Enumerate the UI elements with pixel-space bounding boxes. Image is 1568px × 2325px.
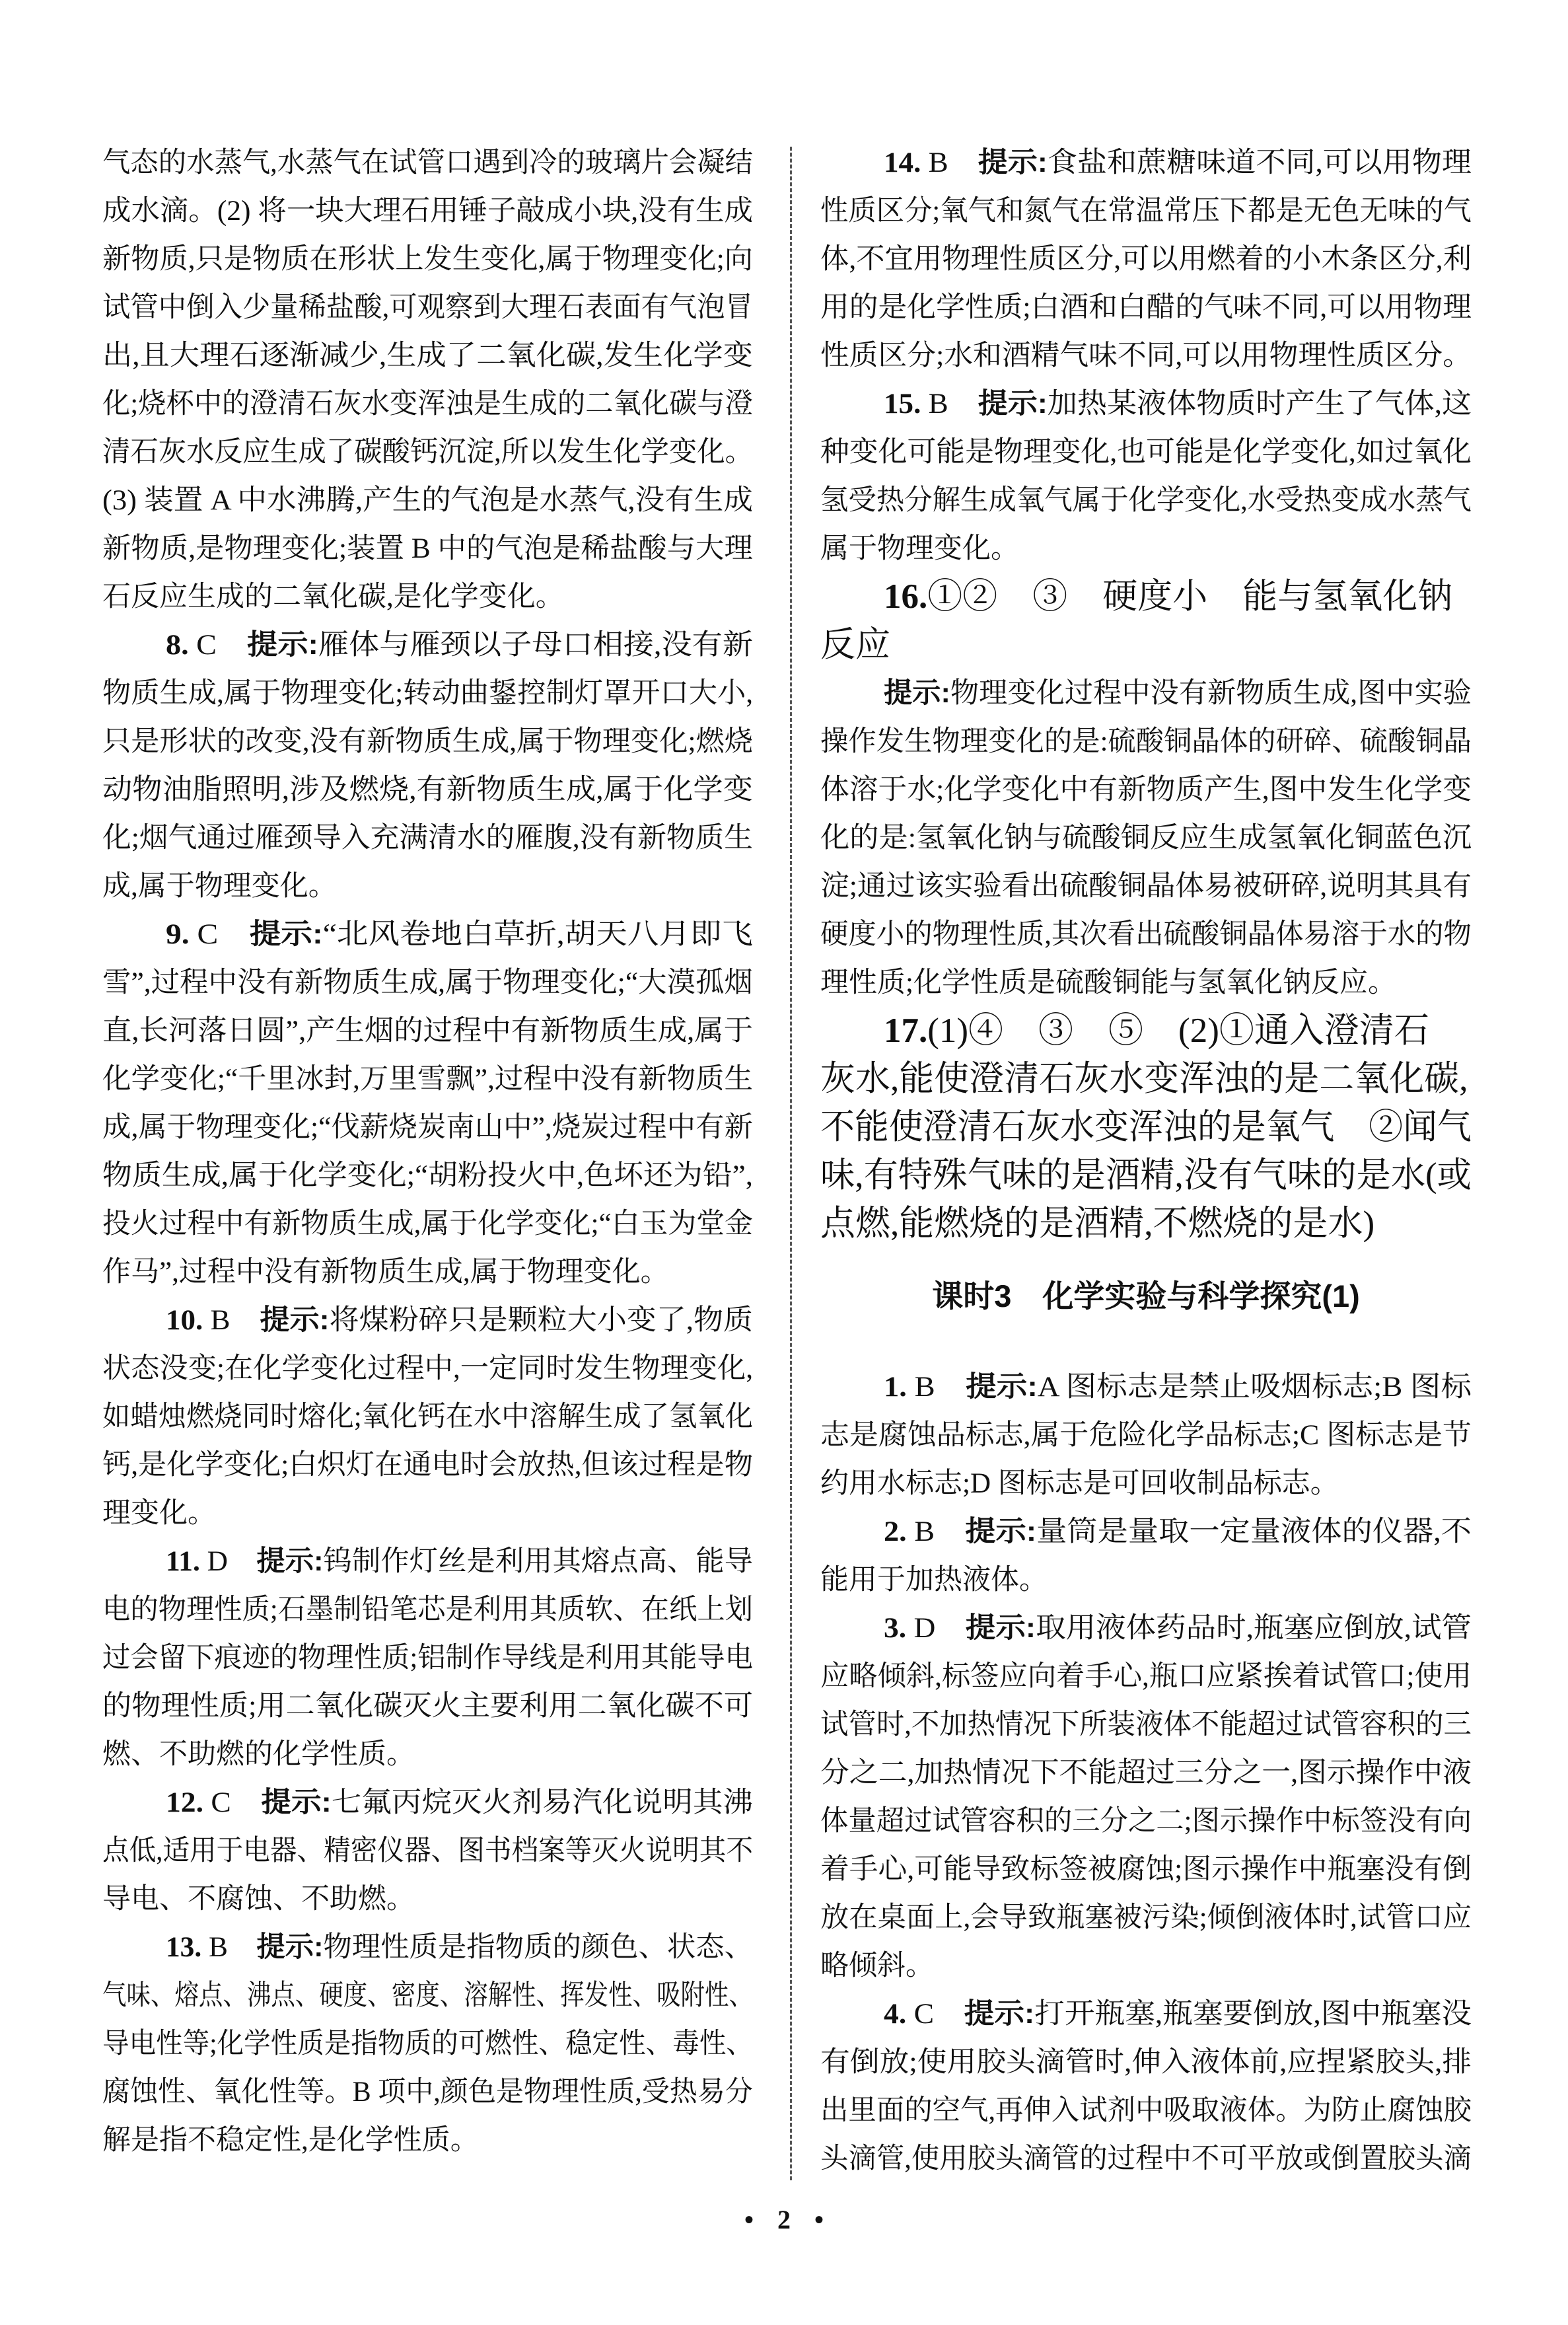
line-content: 新物质,是物理变化;装置 B 中的气泡是稀盐酸与大理 [102, 525, 753, 573]
line-content: 物质生成,属于化学变化;“胡粉投火中,色坏还为铅”, [102, 1152, 753, 1200]
text-span: “北风卷地白草折,胡天八月即飞 [323, 919, 753, 950]
line-content: 点低,适用于电器、精密仪器、图书档案等灭火说明其不 [102, 1827, 753, 1875]
line-content: 种变化可能是物理变化,也可能是化学变化,如过氧化 [820, 428, 1472, 476]
text-line: 导电、不腐蚀、不助燃。 [102, 1875, 753, 1923]
text-line: 4. C 提示:打开瓶塞,瓶塞要倒放,图中瓶塞没 [820, 1990, 1472, 2038]
text-span: 打开瓶塞,瓶塞要倒放,图中瓶塞没 [1034, 1999, 1472, 2030]
text-span: B [921, 388, 978, 420]
line-content: 出里面的空气,再伸入试剂中吸取液体。为防止腐蚀胶 [820, 2086, 1472, 2135]
text-line: 化;烟气通过雁颈导入充满清水的雁腹,没有新物质生 [102, 814, 753, 862]
text-span: 性质区分;氧气和氮气在常温常压下都是无色无味的气 [820, 196, 1472, 227]
text-span: B [921, 147, 978, 178]
line-content: 燃、不助燃的化学性质。 [102, 1730, 415, 1779]
text-span: 成水滴。(2) 将一块大理石用锤子敲成小块,没有生成 [102, 196, 753, 227]
line-content: 钙,是化学变化;白炽灯在通电时会放热,但该过程是物 [102, 1441, 753, 1489]
text-line: 新物质,是物理变化;装置 B 中的气泡是稀盐酸与大理 [102, 525, 753, 573]
text-span: C [190, 919, 250, 950]
line-content: 体溶于水;化学变化中有新物质产生,图中发生化学变 [820, 766, 1472, 814]
text-span: A 图标志是禁止吸烟标志;B 图标 [1038, 1372, 1472, 1403]
line-content: 课时3 化学实验与科学探究(1) [932, 1272, 1360, 1320]
text-span: 只是形状的改变,没有新物质生成,属于物理变化;燃烧 [102, 726, 753, 757]
text-line: 钙,是化学变化;白炽灯在通电时会放热,但该过程是物 [102, 1441, 753, 1489]
text-line: 化学变化;“千里冰封,万里雪飘”,过程中没有新物质生 [102, 1055, 753, 1103]
text-span: 志是腐蚀品标志,属于危险化学品标志;C 图标志是节 [820, 1420, 1472, 1451]
text-span: D [200, 1546, 257, 1577]
text-span: 直,长河落日圆”,产生烟的过程中有新物质生成,属于 [102, 1015, 753, 1047]
text-span: 状态没变;在化学变化过程中,一定同时发生物理变化, [102, 1353, 753, 1384]
text-span: 化的是:氢氧化钠与硫酸铜反应生成氢氧化铜蓝色沉 [820, 823, 1472, 854]
line-content: 化;烧杯中的澄清石灰水变浑浊是生成的二氧化碳与澄 [102, 380, 753, 428]
text-line: 成水滴。(2) 将一块大理石用锤子敲成小块,没有生成 [102, 187, 753, 235]
text-span: 化学变化;“千里冰封,万里雪飘”,过程中没有新物质生 [102, 1064, 753, 1095]
text-line: 投火过程中有新物质生成,属于化学变化;“白玉为堂金 [102, 1200, 753, 1248]
line-content: 操作发生物理变化的是:硫酸铜晶体的研碎、硫酸铜晶 [820, 718, 1472, 766]
text-line: 动物油脂照明,涉及燃烧,有新物质生成,属于化学变 [102, 766, 753, 814]
text-line: 属于物理变化。 [820, 525, 1472, 573]
line-content: 2. B 提示:量筒是量取一定量液体的仪器,不 [884, 1508, 1472, 1556]
line-content: 9. C 提示:“北风卷地白草折,胡天八月即飞 [166, 910, 753, 959]
line-content: 14. B 提示:食盐和蔗糖味道不同,可以用物理 [884, 139, 1472, 187]
text-line: 提示:物理变化过程中没有新物质生成,图中实验 [820, 669, 1472, 718]
text-line: 能用于加热液体。 [820, 1556, 1472, 1604]
line-content: 出,且大理石逐渐减少,生成了二氧化碳,发生化学变 [102, 332, 753, 380]
text-line: 略倾斜。 [820, 1942, 1472, 1990]
text-span: 化;烧杯中的澄清石灰水变浑浊是生成的二氧化碳与澄 [102, 388, 753, 420]
line-content: 提示:物理变化过程中没有新物质生成,图中实验 [884, 669, 1472, 718]
text-span: ①② ③ 硬度小 能与氢氧化钠 [927, 577, 1452, 616]
answer-number: 11. [166, 1546, 200, 1577]
text-line: 气态的水蒸气,水蒸气在试管口遇到冷的玻璃片会凝结 [102, 139, 753, 187]
line-content: 如蜡烛燃烧同时熔化;氧化钙在水中溶解生成了氢氧化 [102, 1393, 753, 1441]
text-span: 气态的水蒸气,水蒸气在试管口遇到冷的玻璃片会凝结 [102, 147, 753, 178]
answer-number: 10. [166, 1305, 203, 1336]
text-span: 腐蚀性、氧化性等。B 项中,颜色是物理性质,受热易分 [102, 2077, 753, 2108]
line-content: 3. D 提示:取用液体药品时,瓶塞应倒放,试管 [884, 1604, 1472, 1652]
text-line: 成,属于物理变化。 [102, 862, 753, 910]
answer-number: 17. [884, 1012, 927, 1050]
line-content: 动物油脂照明,涉及燃烧,有新物质生成,属于化学变 [102, 766, 753, 814]
hint-label: 提示: [966, 1612, 1036, 1644]
text-line: 过会留下痕迹的物理性质;铝制作导线是利用其能导电 [102, 1634, 753, 1682]
text-span: 放在桌面上,会导致瓶塞被污染;倾倒液体时,试管口应 [820, 1902, 1472, 1933]
text-span: 如蜡烛燃烧同时熔化;氧化钙在水中溶解生成了氢氧化 [102, 1401, 753, 1432]
text-span: 钙,是化学变化;白炽灯在通电时会放热,但该过程是物 [102, 1450, 753, 1481]
line-content: 应略倾斜,标签应向着手心,瓶口应紧挨着试管口;使用 [820, 1652, 1472, 1701]
text-span: 食盐和蔗糖味道不同,可以用物理 [1048, 147, 1472, 178]
answer-number: 4. [884, 1999, 906, 2030]
text-span: 灰水,能使澄清石灰水变浑浊的是二氧化碳, [820, 1060, 1468, 1098]
text-line: 导电性等;化学性质是指物质的可燃性、稳定性、毒性、 [102, 2020, 753, 2068]
page-number: • 2 • [0, 2200, 1568, 2240]
text-span: 操作发生物理变化的是:硫酸铜晶体的研碎、硫酸铜晶 [820, 726, 1472, 757]
section-heading: 课时3 化学实验与科学探究(1) [820, 1272, 1472, 1320]
text-span: 应略倾斜,标签应向着手心,瓶口应紧挨着试管口;使用 [820, 1661, 1472, 1692]
text-line: 淀;通过该实验看出硫酸铜晶体易被研碎,说明其具有 [820, 862, 1472, 910]
hint-label: 提示: [260, 1304, 330, 1336]
text-span: 清石灰水反应生成了碳酸钙沉淀,所以发生化学变化。 [102, 437, 753, 468]
text-span: 化;烟气通过雁颈导入充满清水的雁腹,没有新物质生 [102, 823, 753, 854]
text-line: 味,有特殊气味的是酒精,没有气味的是水(或 [820, 1152, 1472, 1200]
text-line: 不能使澄清石灰水变浑浊的是氧气 ②闻气 [820, 1103, 1472, 1152]
text-line: 放在桌面上,会导致瓶塞被污染;倾倒液体时,试管口应 [820, 1894, 1472, 1942]
text-span: 加热某液体物质时产生了气体,这 [1048, 388, 1472, 420]
text-span: 略倾斜。 [820, 1950, 934, 1981]
text-line: 分之二,加热情况下不能超过三分之一,图示操作中液 [820, 1749, 1472, 1797]
line-content: 能用于加热液体。 [820, 1556, 1048, 1604]
line-content: 属于物理变化。 [820, 525, 1019, 573]
text-span: 淀;通过该实验看出硫酸铜晶体易被研碎,说明其具有 [820, 871, 1472, 902]
text-line: 试管时,不加热情况下所装液体不能超过试管容积的三 [820, 1701, 1472, 1749]
text-span: 体溶于水;化学变化中有新物质产生,图中发生化学变 [820, 774, 1472, 805]
text-span: 理性质;化学性质是硫酸铜能与氢氧化钠反应。 [820, 967, 1396, 998]
text-line: 灰水,能使澄清石灰水变浑浊的是二氧化碳, [820, 1055, 1472, 1103]
line-content: 灰水,能使澄清石灰水变浑浊的是二氧化碳, [820, 1055, 1468, 1103]
line-content: 物质生成,属于物理变化;转动曲鋬控制灯罩开口大小, [102, 669, 753, 718]
text-line: 种变化可能是物理变化,也可能是化学变化,如过氧化 [820, 428, 1472, 476]
text-span: 性质区分;水和酒精气味不同,可以用物理性质区分。 [820, 340, 1472, 371]
text-span: 着手心,可能导致标签被腐蚀;图示操作中瓶塞没有倒 [820, 1854, 1472, 1885]
text-span: 新物质,只是物质在形状上发生变化,属于物理变化;向 [102, 244, 753, 275]
line-content: 过会留下痕迹的物理性质;铝制作导线是利用其能导电 [102, 1634, 753, 1682]
text-span: B [201, 1932, 256, 1963]
text-line: 着手心,可能导致标签被腐蚀;图示操作中瓶塞没有倒 [820, 1845, 1472, 1894]
text-span: 石反应生成的二氧化碳,是化学变化。 [102, 581, 564, 612]
hint-label: 提示: [261, 1787, 331, 1818]
text-span: (3) 装置 A 中水沸腾,产生的气泡是水蒸气,没有生成 [102, 485, 753, 516]
line-content: (3) 装置 A 中水沸腾,产生的气泡是水蒸气,没有生成 [102, 476, 753, 525]
text-line: 氢受热分解生成氧气属于化学变化,水受热变成水蒸气 [820, 476, 1472, 525]
text-line: 腐蚀性、氧化性等。B 项中,颜色是物理性质,受热易分 [102, 2068, 753, 2116]
text-line: 体溶于水;化学变化中有新物质产生,图中发生化学变 [820, 766, 1472, 814]
text-line: 状态没变;在化学变化过程中,一定同时发生物理变化, [102, 1345, 753, 1393]
text-span: 物质生成,属于化学变化;“胡粉投火中,色坏还为铅”, [102, 1160, 753, 1191]
line-content: 12. C 提示:七氟丙烷灭火剂易汽化说明其沸 [166, 1779, 753, 1827]
text-line: 2. B 提示:量筒是量取一定量液体的仪器,不 [820, 1508, 1472, 1556]
line-content: 投火过程中有新物质生成,属于化学变化;“白玉为堂金 [102, 1200, 753, 1248]
text-line: (3) 装置 A 中水沸腾,产生的气泡是水蒸气,没有生成 [102, 476, 753, 525]
answer-number: 16. [884, 577, 927, 616]
line-content: 的物理性质;用二氧化碳灭火主要利用二氧化碳不可 [102, 1682, 753, 1730]
line-content: 成,属于物理变化。 [102, 862, 337, 910]
text-span: 氢受热分解生成氧气属于化学变化,水受热变成水蒸气 [820, 485, 1472, 516]
text-line: 作马”,过程中没有新物质生成,属于物理变化。 [102, 1248, 753, 1296]
text-line: 体,不宜用物理性质区分,可以用燃着的小木条区分,利 [820, 235, 1472, 283]
line-content: 15. B 提示:加热某液体物质时产生了气体,这 [884, 380, 1472, 428]
text-span: 约用水标志;D 图标志是可回收制品标志。 [820, 1468, 1339, 1499]
text-line: 15. B 提示:加热某液体物质时产生了气体,这 [820, 380, 1472, 428]
text-span: B [907, 1372, 966, 1403]
text-span: 体量超过试管容积的三分之二;图示操作中标签没有向 [820, 1806, 1472, 1837]
text-span: 物质生成,属于物理变化;转动曲鋬控制灯罩开口大小, [102, 678, 753, 709]
answer-number: 15. [884, 388, 921, 420]
text-line: 理变化。 [102, 1489, 753, 1537]
text-span: 体,不宜用物理性质区分,可以用燃着的小木条区分,利 [820, 244, 1472, 275]
text-line: 化;烧杯中的澄清石灰水变浑浊是生成的二氧化碳与澄 [102, 380, 753, 428]
text-line: 操作发生物理变化的是:硫酸铜晶体的研碎、硫酸铜晶 [820, 718, 1472, 766]
line-content: 用的是化学性质;白酒和白醋的气味不同,可以用物理 [820, 283, 1472, 332]
line-content: 雪”,过程中没有新物质生成,属于物理变化;“大漠孤烟 [102, 959, 753, 1007]
text-line: 性质区分;氧气和氮气在常温常压下都是无色无味的气 [820, 187, 1472, 235]
line-content: 着手心,可能导致标签被腐蚀;图示操作中瓶塞没有倒 [820, 1845, 1472, 1894]
text-span: 七氟丙烷灭火剂易汽化说明其沸 [332, 1787, 753, 1818]
text-line: 点低,适用于电器、精密仪器、图书档案等灭火说明其不 [102, 1827, 753, 1875]
answer-number: 1. [884, 1372, 907, 1403]
line-content: 只是形状的改变,没有新物质生成,属于物理变化;燃烧 [102, 718, 753, 766]
text-line: 10. B 提示:将煤粉碎只是颗粒大小变了,物质 [102, 1296, 753, 1345]
line-content: 13. B 提示:物理性质是指物质的颜色、状态、 [166, 1923, 753, 1972]
text-line: 12. C 提示:七氟丙烷灭火剂易汽化说明其沸 [102, 1779, 753, 1827]
text-line: 13. B 提示:物理性质是指物质的颜色、状态、 [102, 1923, 753, 1972]
answer-number: 8. [166, 630, 189, 661]
hint-label: 提示: [250, 918, 323, 950]
text-span: 动物油脂照明,涉及燃烧,有新物质生成,属于化学变 [102, 774, 753, 805]
text-span: 的物理性质;用二氧化碳灭火主要利用二氧化碳不可 [102, 1691, 753, 1722]
text-line: 头滴管,使用胶头滴管的过程中不可平放或倒置胶头滴 [820, 2135, 1472, 2183]
text-span: 出,且大理石逐渐减少,生成了二氧化碳,发生化学变 [102, 340, 753, 371]
hint-label: 提示: [978, 147, 1048, 178]
line-content: 17.(1)④ ③ ⑤ (2)①通入澄清石 [884, 1007, 1429, 1055]
text-line: 体量超过试管容积的三分之二;图示操作中标签没有向 [820, 1797, 1472, 1845]
text-line: 成,属于物理变化;“伐薪烧炭南山中”,烧炭过程中有新 [102, 1103, 753, 1152]
text-span: B [907, 1516, 966, 1547]
line-content: 淀;通过该实验看出硫酸铜晶体易被研碎,说明其具有 [820, 862, 1472, 910]
line-content: 志是腐蚀品标志,属于危险化学品标志;C 图标志是节 [820, 1411, 1472, 1459]
text-span: 有倒放;使用胶头滴管时,伸入液体前,应捏紧胶头,排 [820, 2047, 1472, 2078]
text-line: 解是指不稳定性,是化学性质。 [102, 2116, 753, 2164]
text-line: 新物质,只是物质在形状上发生变化,属于物理变化;向 [102, 235, 753, 283]
line-content: 理性质;化学性质是硫酸铜能与氢氧化钠反应。 [820, 959, 1396, 1007]
text-line: 应略倾斜,标签应向着手心,瓶口应紧挨着试管口;使用 [820, 1652, 1472, 1701]
line-content: 导电性等;化学性质是指物质的可燃性、稳定性、毒性、 [102, 2020, 753, 2068]
column-divider [790, 147, 792, 2180]
text-span: 反应 [820, 626, 890, 664]
line-content: 直,长河落日圆”,产生烟的过程中有新物质生成,属于 [102, 1007, 753, 1055]
answer-number: 9. [166, 919, 190, 950]
text-line: 8. C 提示:雁体与雁颈以子母口相接,没有新 [102, 621, 753, 669]
line-content: 体量超过试管容积的三分之二;图示操作中标签没有向 [820, 1797, 1472, 1845]
text-span: 投火过程中有新物质生成,属于化学变化;“白玉为堂金 [102, 1208, 753, 1239]
text-span: 用的是化学性质;白酒和白醋的气味不同,可以用物理 [820, 292, 1472, 323]
answer-key-page: 气态的水蒸气,水蒸气在试管口遇到冷的玻璃片会凝结成水滴。(2) 将一块大理石用锤… [0, 0, 1568, 2325]
answer-number: 13. [166, 1932, 201, 1963]
text-line: 约用水标志;D 图标志是可回收制品标志。 [820, 1459, 1472, 1508]
line-content: 试管中倒入少量稀盐酸,可观察到大理石表面有气泡冒 [102, 283, 753, 332]
line-content: 成水滴。(2) 将一块大理石用锤子敲成小块,没有生成 [102, 187, 753, 235]
text-span: C [189, 630, 248, 661]
right-column: 14. B 提示:食盐和蔗糖味道不同,可以用物理性质区分;氧气和氮气在常温常压下… [820, 139, 1472, 2183]
hint-label: 提示: [256, 1545, 323, 1577]
line-content: 成,属于物理变化;“伐薪烧炭南山中”,烧炭过程中有新 [102, 1103, 753, 1152]
text-span: 出里面的空气,再伸入试剂中吸取液体。为防止腐蚀胶 [820, 2095, 1472, 2126]
text-line: 17.(1)④ ③ ⑤ (2)①通入澄清石 [820, 1007, 1472, 1055]
line-content: 氢受热分解生成氧气属于化学变化,水受热变成水蒸气 [820, 476, 1472, 525]
line-content: 略倾斜。 [820, 1942, 934, 1990]
text-span: 属于物理变化。 [820, 533, 1019, 564]
text-span: 电的物理性质;石墨制铅笔芯是利用其质软、在纸上划 [102, 1594, 753, 1625]
text-span: C [203, 1787, 261, 1818]
line-content: 8. C 提示:雁体与雁颈以子母口相接,没有新 [166, 621, 753, 669]
line-content: 新物质,只是物质在形状上发生变化,属于物理变化;向 [102, 235, 753, 283]
line-content: 点燃,能燃烧的是酒精,不燃烧的是水) [820, 1200, 1374, 1248]
line-content: 放在桌面上,会导致瓶塞被污染;倾倒液体时,试管口应 [820, 1894, 1472, 1942]
text-line: 出里面的空气,再伸入试剂中吸取液体。为防止腐蚀胶 [820, 2086, 1472, 2135]
line-content: 状态没变;在化学变化过程中,一定同时发生物理变化, [102, 1345, 753, 1393]
text-span: 取用液体药品时,瓶塞应倒放,试管 [1036, 1613, 1472, 1644]
text-span: C [906, 1999, 964, 2030]
left-column: 气态的水蒸气,水蒸气在试管口遇到冷的玻璃片会凝结成水滴。(2) 将一块大理石用锤… [102, 139, 753, 2164]
text-span: 气味、熔点、沸点、硬度、密度、溶解性、挥发性、吸附性、 [102, 1980, 753, 2011]
text-line: 试管中倒入少量稀盐酸,可观察到大理石表面有气泡冒 [102, 283, 753, 332]
line-content: 化的是:氢氧化钠与硫酸铜反应生成氢氧化铜蓝色沉 [820, 814, 1472, 862]
answer-number: 12. [166, 1787, 203, 1818]
text-span: 将煤粉碎只是颗粒大小变了,物质 [330, 1305, 753, 1336]
text-line: 电的物理性质;石墨制铅笔芯是利用其质软、在纸上划 [102, 1586, 753, 1634]
text-span: 不能使澄清石灰水变浑浊的是氧气 ②闻气 [820, 1108, 1472, 1146]
line-content: 4. C 提示:打开瓶塞,瓶塞要倒放,图中瓶塞没 [884, 1990, 1472, 2038]
text-span: 能用于加热液体。 [820, 1565, 1048, 1596]
text-span: 作马”,过程中没有新物质生成,属于物理变化。 [102, 1257, 669, 1288]
line-content: 作马”,过程中没有新物质生成,属于物理变化。 [102, 1248, 669, 1296]
text-line: 雪”,过程中没有新物质生成,属于物理变化;“大漠孤烟 [102, 959, 753, 1007]
answer-number: 2. [884, 1516, 907, 1547]
text-span: 钨制作灯丝是利用其熔点高、能导 [324, 1546, 753, 1577]
line-content: 性质区分;氧气和氮气在常温常压下都是无色无味的气 [820, 187, 1472, 235]
line-content: 1. B 提示:A 图标志是禁止吸烟标志;B 图标 [884, 1363, 1472, 1411]
text-span: 物理性质是指物质的颜色、状态、 [324, 1932, 753, 1963]
answer-number: 14. [884, 147, 921, 178]
text-line: 14. B 提示:食盐和蔗糖味道不同,可以用物理 [820, 139, 1472, 187]
text-line: 直,长河落日圆”,产生烟的过程中有新物质生成,属于 [102, 1007, 753, 1055]
text-span: (1)④ ③ ⑤ (2)①通入澄清石 [927, 1012, 1429, 1050]
text-line: 硬度小的物理性质,其次看出硫酸铜晶体易溶于水的物 [820, 910, 1472, 959]
text-line: 3. D 提示:取用液体药品时,瓶塞应倒放,试管 [820, 1604, 1472, 1652]
text-line: 气味、熔点、沸点、硬度、密度、溶解性、挥发性、吸附性、 [102, 1972, 753, 2020]
line-content: 理变化。 [102, 1489, 216, 1537]
line-content: 电的物理性质;石墨制铅笔芯是利用其质软、在纸上划 [102, 1586, 753, 1634]
text-span: 导电性等;化学性质是指物质的可燃性、稳定性、毒性、 [102, 2028, 753, 2059]
text-span: 理变化。 [102, 1498, 216, 1529]
hint-label: 提示: [247, 629, 318, 661]
line-content: 气味、熔点、沸点、硬度、密度、溶解性、挥发性、吸附性、 [102, 1972, 753, 2020]
text-span: 量筒是量取一定量液体的仪器,不 [1036, 1516, 1472, 1547]
text-span: 课时3 化学实验与科学探究(1) [932, 1278, 1360, 1313]
line-content: 清石灰水反应生成了碳酸钙沉淀,所以发生化学变化。 [102, 428, 753, 476]
text-span: 新物质,是物理变化;装置 B 中的气泡是稀盐酸与大理 [102, 533, 753, 564]
text-line: 1. B 提示:A 图标志是禁止吸烟标志;B 图标 [820, 1363, 1472, 1411]
text-span: 味,有特殊气味的是酒精,没有气味的是水(或 [820, 1156, 1472, 1195]
text-line: 出,且大理石逐渐减少,生成了二氧化碳,发生化学变 [102, 332, 753, 380]
text-line: 性质区分;水和酒精气味不同,可以用物理性质区分。 [820, 332, 1472, 380]
text-line: 清石灰水反应生成了碳酸钙沉淀,所以发生化学变化。 [102, 428, 753, 476]
text-line: 的物理性质;用二氧化碳灭火主要利用二氧化碳不可 [102, 1682, 753, 1730]
line-content: 导电、不腐蚀、不助燃。 [102, 1875, 415, 1923]
text-line: 志是腐蚀品标志,属于危险化学品标志;C 图标志是节 [820, 1411, 1472, 1459]
line-content: 头滴管,使用胶头滴管的过程中不可平放或倒置胶头滴 [820, 2135, 1472, 2183]
text-line: 燃、不助燃的化学性质。 [102, 1730, 753, 1779]
text-span: 硬度小的物理性质,其次看出硫酸铜晶体易溶于水的物 [820, 919, 1472, 950]
line-content: 味,有特殊气味的是酒精,没有气味的是水(或 [820, 1152, 1472, 1200]
hint-label: 提示: [964, 1998, 1034, 2030]
text-line: 如蜡烛燃烧同时熔化;氧化钙在水中溶解生成了氢氧化 [102, 1393, 753, 1441]
line-content: 11. D 提示:钨制作灯丝是利用其熔点高、能导 [166, 1537, 753, 1586]
line-content: 气态的水蒸气,水蒸气在试管口遇到冷的玻璃片会凝结 [102, 139, 753, 187]
line-content: 硬度小的物理性质,其次看出硫酸铜晶体易溶于水的物 [820, 910, 1472, 959]
line-content: 性质区分;水和酒精气味不同,可以用物理性质区分。 [820, 332, 1472, 380]
text-line: 11. D 提示:钨制作灯丝是利用其熔点高、能导 [102, 1537, 753, 1586]
text-line: 物质生成,属于物理变化;转动曲鋬控制灯罩开口大小, [102, 669, 753, 718]
text-line: 点燃,能燃烧的是酒精,不燃烧的是水) [820, 1200, 1472, 1248]
text-span: 物理变化过程中没有新物质生成,图中实验 [950, 678, 1472, 709]
text-line: 有倒放;使用胶头滴管时,伸入液体前,应捏紧胶头,排 [820, 2038, 1472, 2086]
text-span: 燃、不助燃的化学性质。 [102, 1739, 415, 1770]
text-span: 解是指不稳定性,是化学性质。 [102, 2125, 479, 2156]
line-content: 石反应生成的二氧化碳,是化学变化。 [102, 573, 564, 621]
text-span: D [906, 1613, 966, 1644]
line-content: 约用水标志;D 图标志是可回收制品标志。 [820, 1459, 1339, 1508]
line-content: 解是指不稳定性,是化学性质。 [102, 2116, 479, 2164]
text-line: 反应 [820, 621, 1472, 669]
hint-label: 提示: [256, 1931, 323, 1963]
text-line: 16.①② ③ 硬度小 能与氢氧化钠 [820, 573, 1472, 621]
line-content: 不能使澄清石灰水变浑浊的是氧气 ②闻气 [820, 1103, 1472, 1152]
line-content: 反应 [820, 621, 890, 669]
text-line: 化的是:氢氧化钠与硫酸铜反应生成氢氧化铜蓝色沉 [820, 814, 1472, 862]
text-span: 种变化可能是物理变化,也可能是化学变化,如过氧化 [820, 437, 1472, 468]
text-line: 理性质;化学性质是硫酸铜能与氢氧化钠反应。 [820, 959, 1472, 1007]
text-span: 点低,适用于电器、精密仪器、图书档案等灭火说明其不 [102, 1835, 753, 1866]
text-line: 石反应生成的二氧化碳,是化学变化。 [102, 573, 753, 621]
line-content: 试管时,不加热情况下所装液体不能超过试管容积的三 [820, 1701, 1472, 1749]
text-span: B [203, 1305, 260, 1336]
text-span: 分之二,加热情况下不能超过三分之一,图示操作中液 [820, 1757, 1472, 1789]
line-content: 体,不宜用物理性质区分,可以用燃着的小木条区分,利 [820, 235, 1472, 283]
hint-label: 提示: [965, 1516, 1036, 1547]
line-content: 化学变化;“千里冰封,万里雪飘”,过程中没有新物质生 [102, 1055, 753, 1103]
text-span: 头滴管,使用胶头滴管的过程中不可平放或倒置胶头滴 [820, 2143, 1472, 2174]
line-content: 16.①② ③ 硬度小 能与氢氧化钠 [884, 573, 1452, 621]
text-span: 试管中倒入少量稀盐酸,可观察到大理石表面有气泡冒 [102, 292, 753, 323]
text-span: 过会留下痕迹的物理性质;铝制作导线是利用其能导电 [102, 1642, 753, 1674]
text-span: 导电、不腐蚀、不助燃。 [102, 1884, 415, 1915]
text-span: 成,属于物理变化。 [102, 871, 337, 902]
hint-label: 提示: [966, 1371, 1038, 1403]
text-line: 9. C 提示:“北风卷地白草折,胡天八月即飞 [102, 910, 753, 959]
text-span: 成,属于物理变化;“伐薪烧炭南山中”,烧炭过程中有新 [102, 1112, 753, 1143]
hint-label: 提示: [978, 388, 1048, 420]
text-span: 雪”,过程中没有新物质生成,属于物理变化;“大漠孤烟 [102, 967, 753, 998]
line-content: 分之二,加热情况下不能超过三分之一,图示操作中液 [820, 1749, 1472, 1797]
text-line: 只是形状的改变,没有新物质生成,属于物理变化;燃烧 [102, 718, 753, 766]
text-span: 试管时,不加热情况下所装液体不能超过试管容积的三 [820, 1709, 1472, 1740]
hint-label: 提示: [884, 677, 950, 709]
text-span: 点燃,能燃烧的是酒精,不燃烧的是水) [820, 1204, 1374, 1243]
line-content: 腐蚀性、氧化性等。B 项中,颜色是物理性质,受热易分 [102, 2068, 753, 2116]
line-content: 化;烟气通过雁颈导入充满清水的雁腹,没有新物质生 [102, 814, 753, 862]
text-span: 雁体与雁颈以子母口相接,没有新 [318, 630, 753, 661]
text-line: 物质生成,属于化学变化;“胡粉投火中,色坏还为铅”, [102, 1152, 753, 1200]
line-content: 有倒放;使用胶头滴管时,伸入液体前,应捏紧胶头,排 [820, 2038, 1472, 2086]
line-content: 10. B 提示:将煤粉碎只是颗粒大小变了,物质 [166, 1296, 753, 1345]
answer-number: 3. [884, 1613, 906, 1644]
text-line: 用的是化学性质;白酒和白醋的气味不同,可以用物理 [820, 283, 1472, 332]
